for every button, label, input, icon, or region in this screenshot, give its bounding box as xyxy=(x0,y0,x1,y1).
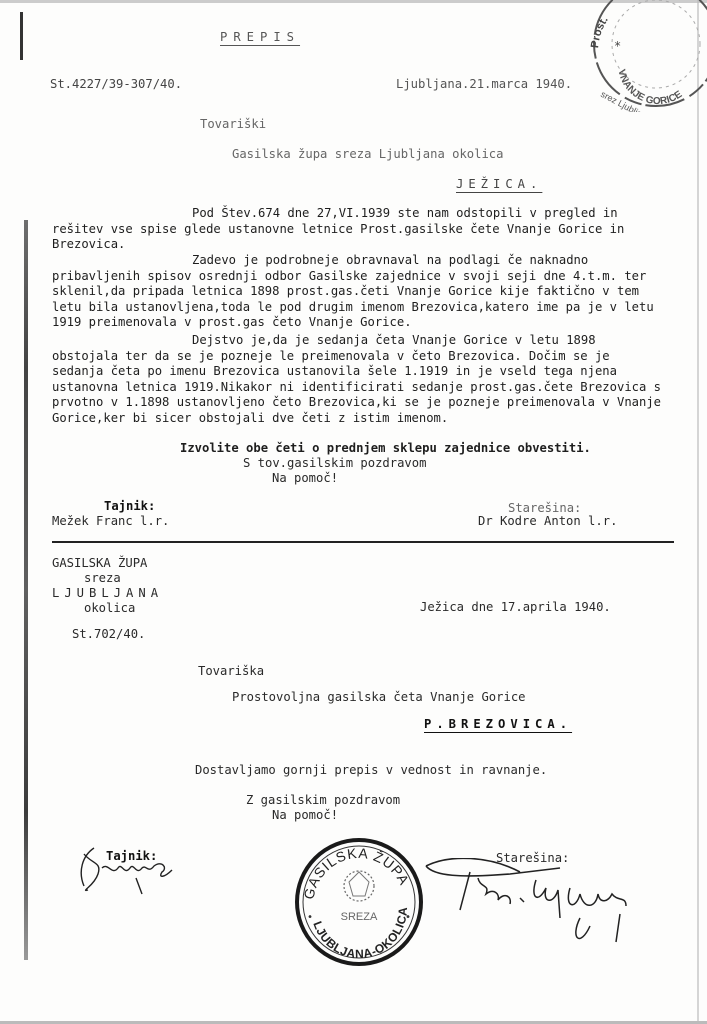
svg-text:Prost.: Prost. xyxy=(589,14,611,49)
body-paragraph-4: Izvolite obe četi o prednjem sklepu zaje… xyxy=(180,441,680,457)
scan-edge-left xyxy=(24,220,28,960)
svg-text:•: • xyxy=(405,912,411,923)
section-divider xyxy=(52,541,674,543)
signature-name-secretary: Mežek Franc l.r. xyxy=(52,514,169,529)
forwarding-body: Dostavljamo gornji prepis v vednost in r… xyxy=(195,763,547,778)
organization-stamp-top: Prost. VNANJE GORICE srez Ljubljana-okol… xyxy=(578,0,707,112)
scan-edge-right xyxy=(697,0,699,1024)
body-paragraph-1: Pod Štev.674 dne 27,VI.1939 ste nam odst… xyxy=(52,206,662,253)
svg-text:SREZA: SREZA xyxy=(341,911,378,923)
forwarding-closing: Z gasilskim pozdravom xyxy=(246,793,400,808)
forwarding-closing-motto: Na pomoč! xyxy=(272,808,338,823)
forwarding-recipient-place: P.BREZOVICA. xyxy=(424,717,572,732)
official-stamp-gasilska-zupa: GASILSKA ŽUPA LJUBLJANA-OKOLICA SREZA • … xyxy=(289,836,429,968)
svg-text:•: • xyxy=(307,912,313,923)
handwritten-signature-president xyxy=(420,858,660,958)
signature-role-secretary: Tajnik: xyxy=(104,499,155,514)
sender-line-1: GASILSKA ŽUPA xyxy=(52,556,147,571)
reference-number: St.4227/39-307/40. xyxy=(50,77,182,92)
forwarding-recipient-line: Prostovoljna gasilska četa Vnanje Gorice xyxy=(232,690,526,705)
sender-line-4: okolica xyxy=(84,601,135,616)
recipient-place: JEŽICA. xyxy=(456,177,542,192)
body-paragraph-3: Dejstvo je,da je sedanja četa Vnanje Gor… xyxy=(52,333,662,427)
svg-text:*: * xyxy=(614,39,621,53)
scan-artifact-mark xyxy=(20,12,23,60)
scanned-document-page: PREPIS St.4227/39-307/40. Ljubljana.21.m… xyxy=(0,0,707,1024)
forwarding-reference-number: St.702/40. xyxy=(72,627,145,642)
forwarding-salutation: Tovariška xyxy=(198,664,264,679)
salutation: Tovariški xyxy=(200,117,266,132)
sender-line-2: sreza xyxy=(84,571,121,586)
place-date: Ljubljana.21.marca 1940. xyxy=(396,77,572,92)
document-title: PREPIS xyxy=(220,30,300,45)
closing-motto: Na pomoč! xyxy=(272,471,338,486)
body-paragraph-2: Zadevo je podrobneje obravnaval na podla… xyxy=(52,253,662,331)
closing-greeting: S tov.gasilskim pozdravom xyxy=(243,456,426,471)
handwritten-signature-secretary xyxy=(72,842,182,902)
recipient-line: Gasilska župa sreza Ljubljana okolica xyxy=(232,147,504,162)
forwarding-place-date: Ježica dne 17.aprila 1940. xyxy=(420,600,611,615)
sender-line-3: LJUBLJANA xyxy=(52,586,163,601)
signature-name-president: Dr Kodre Anton l.r. xyxy=(478,514,617,529)
